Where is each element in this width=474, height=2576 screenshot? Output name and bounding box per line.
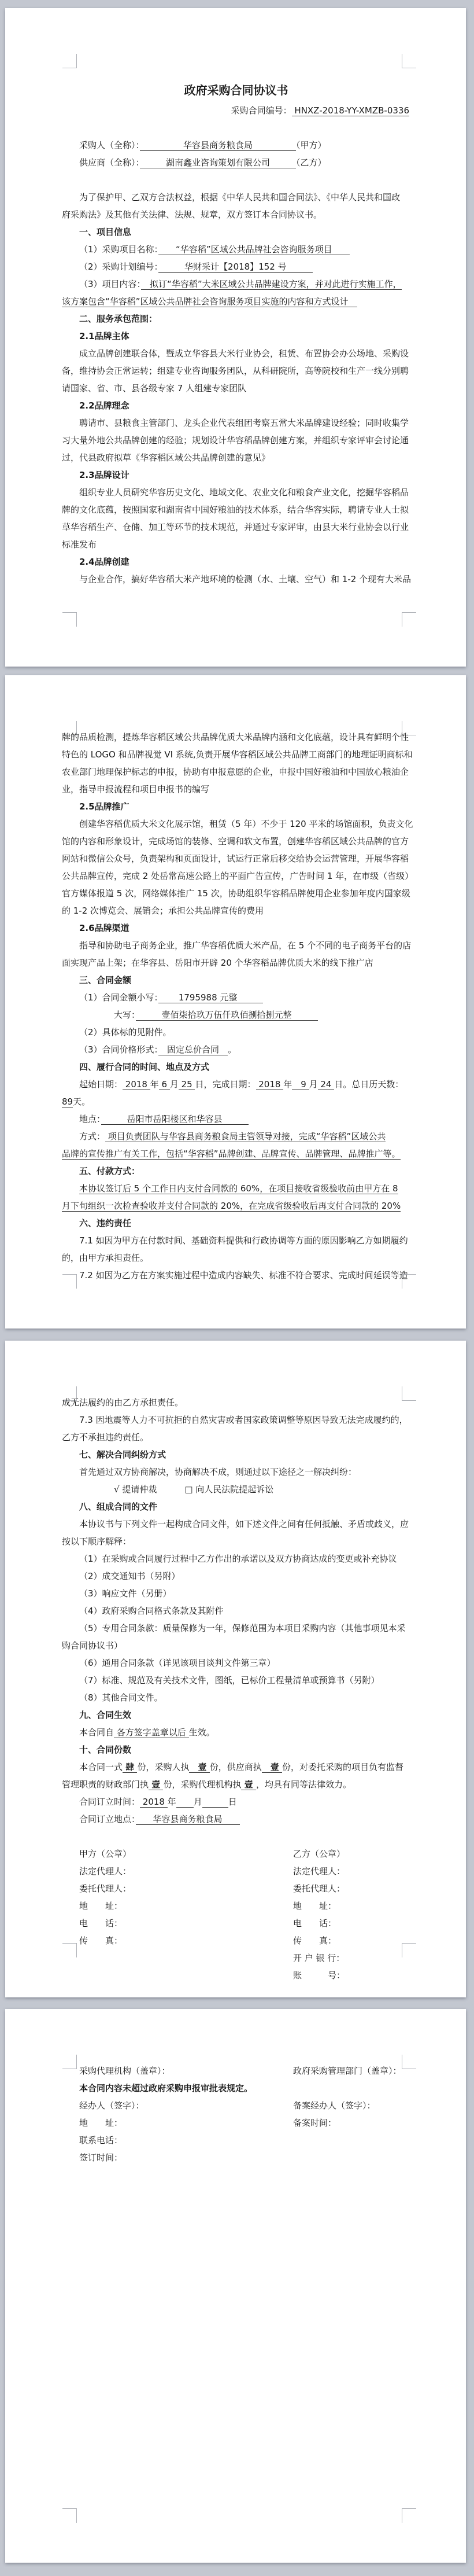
doc-text: 八、组成合同的文件 [79, 1502, 157, 1512]
doc-text: 电 话： [293, 1918, 336, 1929]
doc-line: （2）具体标的见附件。 [62, 1024, 410, 1041]
doc-text: ，均具有同等法律效力。 [256, 1779, 351, 1790]
doc-text: 管理职责的财政部门执 [62, 1779, 149, 1790]
doc-text: 账 号： [293, 1970, 345, 1981]
doc-text: 月 [309, 1079, 318, 1090]
right-column-cell [270, 2132, 410, 2149]
section-6-heading: 六、违约责任 [62, 1215, 410, 1232]
margin-mark-bl [62, 2508, 77, 2523]
document-page-4: 采购代理机构（盖章）：政府采购管理部门（盖章）：本合同内容未超过政府采购申报审批… [5, 2009, 466, 2563]
doc-text: 天。 [73, 1096, 90, 1107]
doc-line: 草华容稻生产、仓储、加工等环节的技术规范，并通过专家评审，由县大米行业协会以行业 [62, 518, 410, 536]
doc-text: 年 [168, 1797, 176, 1807]
filled-value: 固定总价合同 [158, 1044, 228, 1055]
doc-line: （6）通用合同条款（详见该项目谈判文件第三章） [62, 1654, 410, 1672]
doc-text: 购合同协议书） [62, 1640, 123, 1651]
doc-text: 二、服务承包范围： [79, 314, 157, 324]
doc-text: 传 真： [79, 1935, 123, 1946]
doc-line: 过，代县政府拟草《华容稻区域公共品牌创建的意见》 [62, 449, 410, 466]
doc-line: （7）标准、规范及有关技术文件，图纸，已标价工程量清单或预算书（另附） [62, 1672, 410, 1689]
doc-text: （5）专用合同条款：质量保修为一年，保修范围为本项目采购内容（其他事项见本采 [79, 1623, 406, 1633]
doc-text: 月 [170, 1079, 179, 1090]
entrusted-agent-row: 委托代理人：委托代理人： [62, 1880, 410, 1897]
doc-line: 面实现产品上架；在华容县、岳阳市开辟 20 个华容稻品牌优质大米的线下推广店 [62, 954, 410, 971]
doc-text: 乙方不承担违约责任。 [62, 1432, 149, 1442]
doc-text: 法定代理人： [79, 1866, 131, 1876]
doc-text: （乙方） [296, 157, 327, 168]
doc-text: 官方媒体报道 5 次，网络媒体推广 15 次，协助组织华容稻品牌使用企业参加年度… [62, 888, 410, 899]
filled-value: 各方签字盖章以后 [114, 1727, 189, 1738]
doc-line: 乙方不承担违约责任。 [62, 1429, 410, 1446]
right-column-cell [270, 2080, 410, 2097]
effective-line: 本合同自 各方签字盖章以后 生效。 [62, 1724, 410, 1741]
doc-text: （4）政府采购合同格式条款及其附件 [79, 1606, 224, 1616]
doc-text: 馆的内容和形象设计，完成场馆的装修、空调和软文布置，创建华容稻区域公共品牌的官方 [62, 836, 409, 847]
signing-place-line: 合同订立地点： 华容县商务粮食局 [62, 1810, 410, 1828]
doc-text: 2.5品牌推广 [79, 801, 129, 812]
doc-text: 份，采购代理机构执 [163, 1779, 241, 1790]
doc-text: 签订时间： [79, 2152, 123, 2163]
filled-value: 华容县商务粮食局 [136, 1814, 240, 1825]
doc-line: 成无法履约的由乙方承担责任。 [62, 1394, 410, 1411]
doc-line: 标准发布 [62, 536, 410, 553]
handler-sign-row: 经办人（签字）：备案经办人（签字）： [62, 2097, 410, 2114]
document-canvas: 政府采购合同协议书采购合同编号： HNXZ-2018-YY-XMZB-0336采… [0, 0, 474, 2576]
doc-text: 为了保护甲、乙双方合法权益，根据《中华人民共和国合同法》、《中华人民共和国政 [79, 192, 400, 203]
doc-text: （6）通用合同条款（详见该项目谈判文件第三章） [79, 1658, 276, 1668]
doc-text: 乙方（公章） [293, 1849, 345, 1859]
doc-text: （8）其他合同文件。 [79, 1692, 163, 1703]
right-column-cell: 账 号： [270, 1967, 410, 1984]
left-column-cell: 电 话： [62, 1915, 270, 1932]
doc-line: 指导和协助电子商务企业，推广华容稻优质大米产品，在 5 个不同的电子商务平台的店 [62, 937, 410, 954]
doc-line: 7.2 如因为乙方在方案实施过程中造成内容缺失、标准不符合要求、完成时间延误等造 [62, 1267, 410, 1284]
doc-text: 六、违约责任 [79, 1218, 131, 1228]
doc-text: （2）具体标的见附件。 [79, 1027, 172, 1037]
left-column-cell [62, 1967, 270, 1984]
legal-agent-row: 法定代理人：法定代理人： [62, 1863, 410, 1880]
doc-text: 备，维持协会正常运转；组建专业咨询服务团队，从科研院所，高等院校和生产一线分别聘 [62, 366, 409, 376]
right-column-cell: 开 户 银 行： [270, 1949, 410, 1967]
section-1-heading: 一、项目信息 [62, 223, 410, 241]
doc-text: 7.1 如因为甲方在付款时间、基础资料提供和行政协调等方面的原因影响乙方如期履约 [79, 1235, 408, 1246]
doc-text: 组织专业人员研究华容历史文化、地域文化、农业文化和粮食产业文化，挖掘华容稻品 [79, 487, 409, 498]
doc-line: （2）成交通知书（另附） [62, 1567, 410, 1585]
doc-text: 采购合同编号： [231, 105, 292, 116]
section-9-heading: 九、合同生效 [62, 1706, 410, 1724]
doc-text: 按以下顺序解释： [62, 1536, 131, 1547]
section-7-heading: 七、解决合同纠纷方式 [62, 1446, 410, 1463]
right-column-cell: 乙方（公章） [270, 1845, 410, 1863]
doc-text: 采购人（全称）： [79, 140, 140, 150]
document-page-1: 政府采购合同协议书采购合同编号： HNXZ-2018-YY-XMZB-0336采… [5, 8, 466, 667]
doc-text: 成立品牌创建联合体，暨成立华容县大米行业协会，租赁、布置协会办公场地、采购设 [79, 348, 409, 359]
right-column-cell: 传 真： [270, 1932, 410, 1949]
left-column-cell: 采购代理机构（盖章）： [62, 2062, 270, 2080]
filled-value: 拟订“华容稻”大米区域公共品牌建设方案，并对此进行实施工作， [141, 279, 402, 290]
doc-text: 7.3 因地震等人力不可抗拒的自然灾害或者国家政策调整等原因导致无法完成履约的， [79, 1415, 408, 1425]
left-column-cell: 本合同内容未超过政府采购申报审批表规定。 [62, 2080, 270, 2097]
filled-value: 壹佰柒拾玖万伍仟玖佰捌拾捌元整 [136, 1010, 318, 1021]
doc-text: （3）项目内容： [79, 279, 141, 289]
right-column-cell: 法定代理人： [270, 1863, 410, 1880]
doc-line: 业，指导申报流程和项目申报书的编写 [62, 781, 410, 798]
amount-line: （1）合同金额小写： 1795988 元整 [62, 989, 410, 1006]
doc-text: 生效。 [189, 1727, 215, 1738]
doc-text: 合同订立时间： [79, 1797, 140, 1807]
doc-line: 请国家、省、市、县各级专家 7 人组建专家团队 [62, 380, 410, 397]
filled-value: 品牌的宣传推广有关工作，包括“华容稻”品牌创建、品牌宣传、品牌管理、品牌推广等。 [62, 1149, 401, 1160]
filled-value: 华容县商务粮食局 [140, 140, 296, 151]
page-content: 牌的品质检测，提炼华容稻区域公共品牌优质大米品牌内涵和文化底蕴，设计具有鲜明个性… [5, 675, 466, 1284]
supplier-line: 供应商（全称）： 湖南鑫业咨询策划有限公司 （乙方） [62, 154, 410, 171]
doc-text: 牌的文化底蕴，按照国家和湖南省中国好粮油的技术体系，结合华容实际，聘请专业人士拟 [62, 505, 409, 515]
contract-number-line: 采购合同编号： HNXZ-2018-YY-XMZB-0336 [62, 102, 410, 119]
doc-text: 合同订立地点： [79, 1814, 136, 1824]
doc-line: 成立品牌创建联合体，暨成立华容县大米行业协会，租赁、布置协会办公场地、采购设 [62, 345, 410, 362]
method-line: 方式： 项目负责团队与华容县商务粮食局主管领导对接，完成“华容稻”区域公共 [62, 1128, 410, 1145]
account-row: 账 号： [62, 1967, 410, 1984]
doc-text: 开 户 银 行： [293, 1953, 345, 1963]
signing-date-line: 合同订立时间： 2018 年 月 日 [62, 1793, 410, 1810]
left-column-cell [62, 1949, 270, 1967]
doc-text: （3）响应文件（另册） [79, 1588, 172, 1599]
right-column-cell: 政府采购管理部门（盖章）： [270, 2062, 410, 2080]
section-10-heading: 十、合同份数 [62, 1741, 410, 1758]
left-column-cell: 经办人（签字）： [62, 2097, 270, 2114]
page-content: 采购代理机构（盖章）：政府采购管理部门（盖章）：本合同内容未超过政府采购申报审批… [5, 2009, 466, 2166]
left-column-cell: 委托代理人： [62, 1880, 270, 1897]
doc-text: 十、合同份数 [79, 1745, 131, 1755]
doc-text: 的，由甲方承担责任。 [62, 1253, 149, 1263]
doc-line: 农业部门地理保护标志的申报，协助有申报意愿的企业，申报中国好粮油和中国放心粮油企 [62, 763, 410, 781]
doc-line: 网站和微信公众号，负责架构和页面设计，试运行正常后移交给协会运营管理，开展华容稻 [62, 850, 410, 867]
doc-text: 成无法履约的由乙方承担责任。 [62, 1397, 183, 1408]
location-line: 地点： 岳阳市岳阳楼区和华容县 [62, 1110, 410, 1128]
doc-text: 与企业合作，搞好华容稻大米产地环境的检测（水、土壤、空气）和 1-2 个现有大米… [79, 574, 411, 584]
doc-line: 与企业合作，搞好华容稻大米产地环境的检测（水、土壤、空气）和 1-2 个现有大米… [62, 571, 410, 588]
doc-text: 地点： [79, 1114, 101, 1124]
doc-line: 组织专业人员研究华容历史文化、地域文化、农业文化和粮食产业文化，挖掘华容稻品 [62, 484, 410, 501]
filled-value: 湖南鑫业咨询策划有限公司 [140, 157, 296, 168]
doc-line: 2.4品牌创建 [62, 553, 410, 571]
filled-value: 2018 [256, 1079, 284, 1090]
dispute-options-line: √ 提请仲裁□ 向人民法院提起诉讼 [62, 1481, 410, 1498]
doc-line: 本协议书与下列文件一起构成合同文件，如下述文件之间有任何抵触、矛盾或歧义，应 [62, 1515, 410, 1533]
filled-value: 25 [179, 1079, 195, 1090]
section-3-heading: 三、合同金额 [62, 971, 410, 989]
seal-row: 甲方（公章）乙方（公章） [62, 1845, 410, 1863]
doc-text: 本合同自 [79, 1727, 114, 1738]
filled-value: 壹 [189, 1762, 209, 1773]
doc-text: 7.2 如因为乙方在方案实施过程中造成内容缺失、标准不符合要求、完成时间延误等造 [79, 1270, 408, 1280]
doc-line: 习大量外地公共品牌创建的经验；规划设计华容稻品牌创建方案，并组织专家评审会讨论通 [62, 432, 410, 449]
doc-text: 本合同一式 [79, 1762, 123, 1772]
filled-value: 该方案包含“华容稻”区域公共品牌社会咨询服务项目实施的内容和方式设计 [62, 296, 357, 307]
doc-text: 电 话： [79, 1918, 123, 1929]
left-column-cell: 签订时间： [62, 2149, 270, 2166]
right-column-cell [270, 2149, 410, 2166]
doc-text: 网站和微信公众号，负责架构和页面设计，试运行正常后移交给协会运营管理，开展华容稻 [62, 853, 409, 864]
filled-value: HNXZ-2018-YY-XMZB-0336 [292, 105, 409, 116]
doc-line: 的 1-2 次博览会、展销会；承担公共品牌宣传的费用 [62, 902, 410, 919]
doc-text: 2.3品牌设计 [79, 470, 129, 480]
doc-line: 创建华容稻优质大米文化展示馆，租赁（5 年）不少于 120 平米的场馆面积，负责… [62, 815, 410, 833]
doc-line: 2.5品牌推广 [62, 798, 410, 815]
copies-line-2: 管理职责的财政部门执 壹 份，采购代理机构执 壹 ，均具有同等法律效力。 [62, 1776, 410, 1793]
doc-line: 品牌的宣传推广有关工作，包括“华容稻”品牌创建、品牌宣传、品牌管理、品牌推广等。 [62, 1145, 410, 1162]
doc-text: 经办人（签字）： [79, 2100, 145, 2111]
doc-text: 七、解决合同纠纷方式 [79, 1449, 166, 1460]
doc-text: 地 址： [79, 1901, 123, 1911]
dates-line: 起始日期： 2018 年 6 月 25 日，完成日期： 2018 年 9 月 2… [62, 1076, 410, 1093]
doc-text: 委托代理人： [79, 1883, 131, 1894]
filled-value: 壹 [149, 1779, 163, 1790]
doc-line: 特色的 LOGO 和品牌视觉 VI 系统,负责开展华容稻区域公共品牌工商部门的地… [62, 746, 410, 763]
doc-line: （5）专用合同条款：质量保修为一年，保修范围为本项目采购内容（其他事项见本采 [62, 1620, 410, 1637]
blank-line [62, 171, 410, 189]
doc-text: 面实现产品上架；在华容县、岳阳市开辟 20 个华容稻品牌优质大米的线下推广店 [62, 958, 373, 968]
doc-text: （1）合同金额小写： [79, 992, 158, 1003]
doc-text: 。 [228, 1044, 236, 1055]
document-page-3: 成无法履约的由乙方承担责任。7.3 因地震等人力不可抗拒的自然灾害或者国家政策调… [5, 1341, 466, 1997]
doc-line: 89天。 [62, 1093, 410, 1110]
page-content: 成无法履约的由乙方承担责任。7.3 因地震等人力不可抗拒的自然灾害或者国家政策调… [5, 1341, 466, 1984]
doc-text: （2）采购计划编号： [79, 262, 158, 272]
doc-text: 月 [194, 1797, 202, 1807]
filled-value: 24 [318, 1079, 335, 1090]
doc-text: 指导和协助电子商务企业，推广华容稻优质大米产品，在 5 个不同的电子商务平台的店 [79, 940, 411, 951]
doc-text: 备案经办人（签字）： [293, 2100, 376, 2111]
filled-value: 2018 [123, 1079, 150, 1090]
doc-line: 本协议签订后 5 个工作日内支付合同款的 60%，在项目接收省级验收前由甲方在 … [62, 1180, 410, 1197]
filled-value: 月下旬组织一次检查验收并支付合同款的 20%，在完成省级验收后再支付合同款的 2… [62, 1201, 401, 1212]
filled-value: 华财采计【2018】152 号 [158, 262, 313, 273]
project-content-line: （3）项目内容： 拟订“华容稻”大米区域公共品牌建设方案，并对此进行实施工作， [62, 275, 410, 293]
doc-line: 2.6品牌渠道 [62, 919, 410, 937]
doc-text: 的 1-2 次博览会、展销会；承担公共品牌宣传的费用 [62, 906, 264, 916]
doc-line: 馆的内容和形象设计，完成场馆的装修、空调和软文布置，创建华容稻区域公共品牌的官方 [62, 833, 410, 850]
agency-seal-row: 采购代理机构（盖章）：政府采购管理部门（盖章）： [62, 2062, 410, 2080]
blank-line [62, 61, 410, 79]
doc-text: 法定代理人： [293, 1866, 345, 1876]
doc-title: 政府采购合同协议书 [62, 79, 410, 102]
doc-text: 份，供应商执 [210, 1762, 262, 1772]
phone-row: 电 话：电 话： [62, 1915, 410, 1932]
doc-line: 府采购法》及其他有关法律、法规、规章，双方签订本合同协议书。 [62, 206, 410, 223]
plan-number-line: （2）采购计划编号： 华财采计【2018】152 号 [62, 258, 410, 275]
doc-text: 传 真： [293, 1935, 336, 1946]
margin-mark-br [402, 2508, 416, 2523]
filled-value: 2018 [140, 1797, 168, 1808]
doc-text: （2）成交通知书（另附） [79, 1571, 180, 1581]
filled-value: 项目负责团队与华容县商务粮食局主管领导对接，完成“华容稻”区域公共 [105, 1131, 386, 1142]
doc-line: 备，维持协会正常运转；组建专业咨询服务团队，从科研院所，高等院校和生产一线分别聘 [62, 362, 410, 380]
doc-text: 府采购法》及其他有关法律、法规、规章，双方签订本合同协议书。 [62, 209, 322, 220]
left-column-cell: 法定代理人： [62, 1863, 270, 1880]
doc-text: 地 址： [79, 2118, 123, 2128]
doc-line: 月下旬组织一次检查验收并支付合同款的 20%，在完成省级验收后再支付合同款的 2… [62, 1197, 410, 1215]
doc-text: 政府采购管理部门（盖章）： [293, 2066, 402, 2076]
filled-value: “华容稻”区域公共品牌社会咨询服务项目 [158, 244, 350, 255]
doc-text: 2.6品牌渠道 [79, 923, 129, 933]
filled-value: 壹 [241, 1779, 255, 1790]
doc-line: （8）其他合同文件。 [62, 1689, 410, 1706]
doc-text: 本合同内容未超过政府采购申报审批表规定。 [79, 2083, 253, 2093]
agency-sign-time-row: 签订时间： [62, 2149, 410, 2166]
doc-text: （7）标准、规范及有关技术文件，图纸，已标价工程量清单或预算书（另附） [79, 1675, 380, 1686]
doc-text: 日，完成日期： [195, 1079, 255, 1090]
doc-line: 为了保护甲、乙双方合法权益，根据《中华人民共和国合同法》、《中华人民共和国政 [62, 189, 410, 206]
doc-text: 过，代县政府拟草《华容稻区域公共品牌创建的意见》 [62, 452, 270, 463]
doc-text: 委托代理人： [293, 1883, 345, 1894]
section-2-heading: 二、服务承包范围： [62, 310, 410, 327]
document-page-2: 牌的品质检测，提炼华容稻区域公共品牌优质大米品牌内涵和文化底蕴，设计具有鲜明个性… [5, 675, 466, 1329]
right-column-cell: 备案经办人（签字）： [270, 2097, 410, 2114]
section-5-heading: 五、付款方式： [62, 1162, 410, 1180]
filled-value: 壹 [262, 1762, 282, 1773]
doc-text: 四、履行合同的时间、地点及方式 [79, 1062, 209, 1072]
left-column-cell: 甲方（公章） [62, 1845, 270, 1863]
doc-text: （3）合同价格形式： [79, 1044, 158, 1055]
filled-value: 肆 [123, 1762, 137, 1773]
doc-line: 2.1品牌主体 [62, 327, 410, 345]
doc-line: 7.3 因地震等人力不可抗拒的自然灾害或者国家政策调整等原因导致无法完成履约的， [62, 1411, 410, 1429]
doc-text: 首先通过双方协商解决，协商解决不成，则通过以下途径之一解决纠纷： [79, 1467, 357, 1477]
doc-text: 本协议书与下列文件一起构成合同文件，如下述文件之间有任何抵触、矛盾或歧义，应 [79, 1519, 409, 1529]
doc-text: 五、付款方式： [79, 1166, 140, 1176]
doc-text: □ 向人民法院提起诉讼 [184, 1484, 273, 1495]
filled-value: 6 [159, 1079, 170, 1090]
doc-text: 年 [283, 1079, 292, 1090]
doc-line: 官方媒体报道 5 次，网络媒体推广 15 次，协助组织华容稻品牌使用企业参加年度… [62, 885, 410, 902]
doc-line: （4）政府采购合同格式条款及其附件 [62, 1602, 410, 1620]
doc-line: 2.2品牌理念 [62, 397, 410, 414]
purchaser-line: 采购人（全称）： 华容县商务粮食局 （甲方） [62, 137, 410, 154]
doc-line: （3）响应文件（另册） [62, 1585, 410, 1602]
doc-text: 供应商（全称）： [79, 157, 140, 168]
doc-text: 公共品牌宣传，完成 2 处岳常高速公路上的平面广告宣传，广告时间 1 年，在市级… [62, 871, 413, 881]
doc-text: 大写： [114, 1010, 136, 1020]
doc-text: （1）在采购或合同履行过程中乙方作出的承诺以及双方协商达成的变更或补充协议 [79, 1554, 397, 1564]
doc-text: 草华容稻生产、仓储、加工等环节的技术规范，并通过专家评审，由县大米行业协会以行业 [62, 522, 409, 532]
doc-line: 购合同协议书） [62, 1637, 410, 1654]
doc-text: 备案时间： [293, 2118, 336, 2128]
doc-text: 创建华容稻优质大米文化展示馆，租赁（5 年）不少于 120 平米的场馆面积，负责… [79, 819, 413, 829]
doc-line: 的，由甲方承担责任。 [62, 1249, 410, 1267]
filled-value: 1795988 元整 [158, 992, 263, 1003]
left-column-cell: 地 址： [62, 2114, 270, 2132]
doc-text: 政府采购合同协议书 [184, 83, 288, 97]
right-column-cell: 地 址： [270, 1897, 410, 1915]
address-row: 地 址：地 址： [62, 1897, 410, 1915]
project-name-line: （1）采购项目名称： “华容稻”区域公共品牌社会咨询服务项目 [62, 241, 410, 258]
approval-statement-row: 本合同内容未超过政府采购申报审批表规定。 [62, 2080, 410, 2097]
doc-line: 聘请市、县粮食主管部门、龙头企业代表组团考察五常大米品牌建设经验；同时收集学 [62, 414, 410, 432]
doc-text: 特色的 LOGO 和品牌视觉 VI 系统,负责开展华容稻区域公共品牌工商部门的地… [62, 749, 413, 760]
section-4-heading: 四、履行合同的时间、地点及方式 [62, 1058, 410, 1076]
filled-value: 9 [292, 1079, 309, 1090]
copies-line-1: 本合同一式 肆 份，采购人执 壹 份，供应商执 壹 份，对委托采购的项目负有监督 [62, 1758, 410, 1776]
left-column-cell: 传 真： [62, 1932, 270, 1949]
doc-text: 2.2品牌理念 [79, 400, 129, 411]
doc-text: √ 提请仲裁 [114, 1484, 157, 1495]
agency-address-row: 地 址：备案时间： [62, 2114, 410, 2132]
right-column-cell: 委托代理人： [270, 1880, 410, 1897]
margin-mark-bl [62, 612, 77, 627]
right-column-cell: 电 话： [270, 1915, 410, 1932]
filled-value [176, 1797, 194, 1808]
filled-value: 89 [62, 1096, 73, 1107]
filled-value [202, 1797, 228, 1808]
doc-text: 牌的品质检测，提炼华容稻区域公共品牌优质大米品牌内涵和文化底蕴，设计具有鲜明个性 [62, 732, 409, 742]
doc-line: 按以下顺序解释： [62, 1533, 410, 1550]
doc-text: 日 [228, 1797, 237, 1807]
doc-text: 甲方（公章） [79, 1849, 131, 1859]
filled-value: 本协议签订后 5 个工作日内支付合同款的 60%，在项目接收省级验收前由甲方在 … [79, 1183, 398, 1194]
doc-text: 请国家、省、市、县各级专家 7 人组建专家团队 [62, 383, 246, 393]
doc-text: （1）采购项目名称： [79, 244, 158, 255]
price-form-line: （3）合同价格形式： 固定总价合同 。 [62, 1041, 410, 1058]
doc-line: 2.3品牌设计 [62, 466, 410, 484]
doc-text: 三、合同金额 [79, 975, 131, 985]
page-content: 政府采购合同协议书采购合同编号： HNXZ-2018-YY-XMZB-0336采… [5, 8, 466, 588]
doc-text: 地 址： [293, 1901, 336, 1911]
left-column-cell: 联系电话： [62, 2132, 270, 2149]
blank-line [62, 119, 410, 137]
agency-phone-row: 联系电话： [62, 2132, 410, 2149]
doc-text: 份，对委托采购的项目负有监督 [282, 1762, 403, 1772]
doc-text: 一、项目信息 [79, 227, 131, 237]
fax-row: 传 真：传 真： [62, 1932, 410, 1949]
doc-text: 九、合同生效 [79, 1710, 131, 1720]
doc-line: 牌的品质检测，提炼华容稻区域公共品牌优质大米品牌内涵和文化底蕴，设计具有鲜明个性 [62, 728, 410, 746]
doc-text: 习大量外地公共品牌创建的经验；规划设计华容稻品牌创建方案，并组织专家评审会讨论通 [62, 435, 409, 446]
doc-text: 方式： [79, 1131, 105, 1142]
doc-line: （1）在采购或合同履行过程中乙方作出的承诺以及双方协商达成的变更或补充协议 [62, 1550, 410, 1567]
doc-text: 标准发布 [62, 539, 97, 550]
blank-line [62, 1828, 410, 1845]
right-column-cell: 备案时间： [270, 2114, 410, 2132]
doc-text: 农业部门地理保护标志的申报，协助有申报意愿的企业，申报中国好粮油和中国放心粮油企 [62, 767, 409, 777]
doc-line: 7.1 如因为甲方在付款时间、基础资料提供和行政协调等方面的原因影响乙方如期履约 [62, 1232, 410, 1249]
bank-row: 开 户 银 行： [62, 1949, 410, 1967]
doc-text: 年 [150, 1079, 159, 1090]
left-column-cell: 地 址： [62, 1897, 270, 1915]
doc-text: 业，指导申报流程和项目申报书的编写 [62, 784, 209, 794]
doc-line: 首先通过双方协商解决，协商解决不成，则通过以下途径之一解决纠纷： [62, 1463, 410, 1481]
doc-text: （甲方） [296, 140, 327, 150]
amount-caps-line: 大写： 壹佰柒拾玖万伍仟玖佰捌拾捌元整 [62, 1006, 410, 1024]
doc-text: 采购代理机构（盖章）： [79, 2066, 171, 2076]
doc-line: 该方案包含“华容稻”区域公共品牌社会咨询服务项目实施的内容和方式设计 [62, 293, 410, 310]
doc-line: 公共品牌宣传，完成 2 处岳常高速公路上的平面广告宣传，广告时间 1 年，在市级… [62, 867, 410, 885]
margin-mark-br [402, 612, 416, 627]
section-8-heading: 八、组成合同的文件 [62, 1498, 410, 1515]
doc-text: 联系电话： [79, 2135, 123, 2146]
doc-text: 日。总日历天数： [334, 1079, 403, 1090]
filled-value: 岳阳市岳阳楼区和华容县 [101, 1114, 249, 1125]
doc-text: 聘请市、县粮食主管部门、龙头企业代表组团考察五常大米品牌建设经验；同时收集学 [79, 418, 409, 428]
doc-text: 2.4品牌创建 [79, 557, 129, 567]
doc-text: 起始日期： [79, 1079, 123, 1090]
doc-line: 牌的文化底蕴，按照国家和湖南省中国好粮油的技术体系，结合华容实际，聘请专业人士拟 [62, 501, 410, 518]
doc-text: 2.1品牌主体 [79, 331, 129, 341]
doc-text: 份，采购人执 [137, 1762, 189, 1772]
